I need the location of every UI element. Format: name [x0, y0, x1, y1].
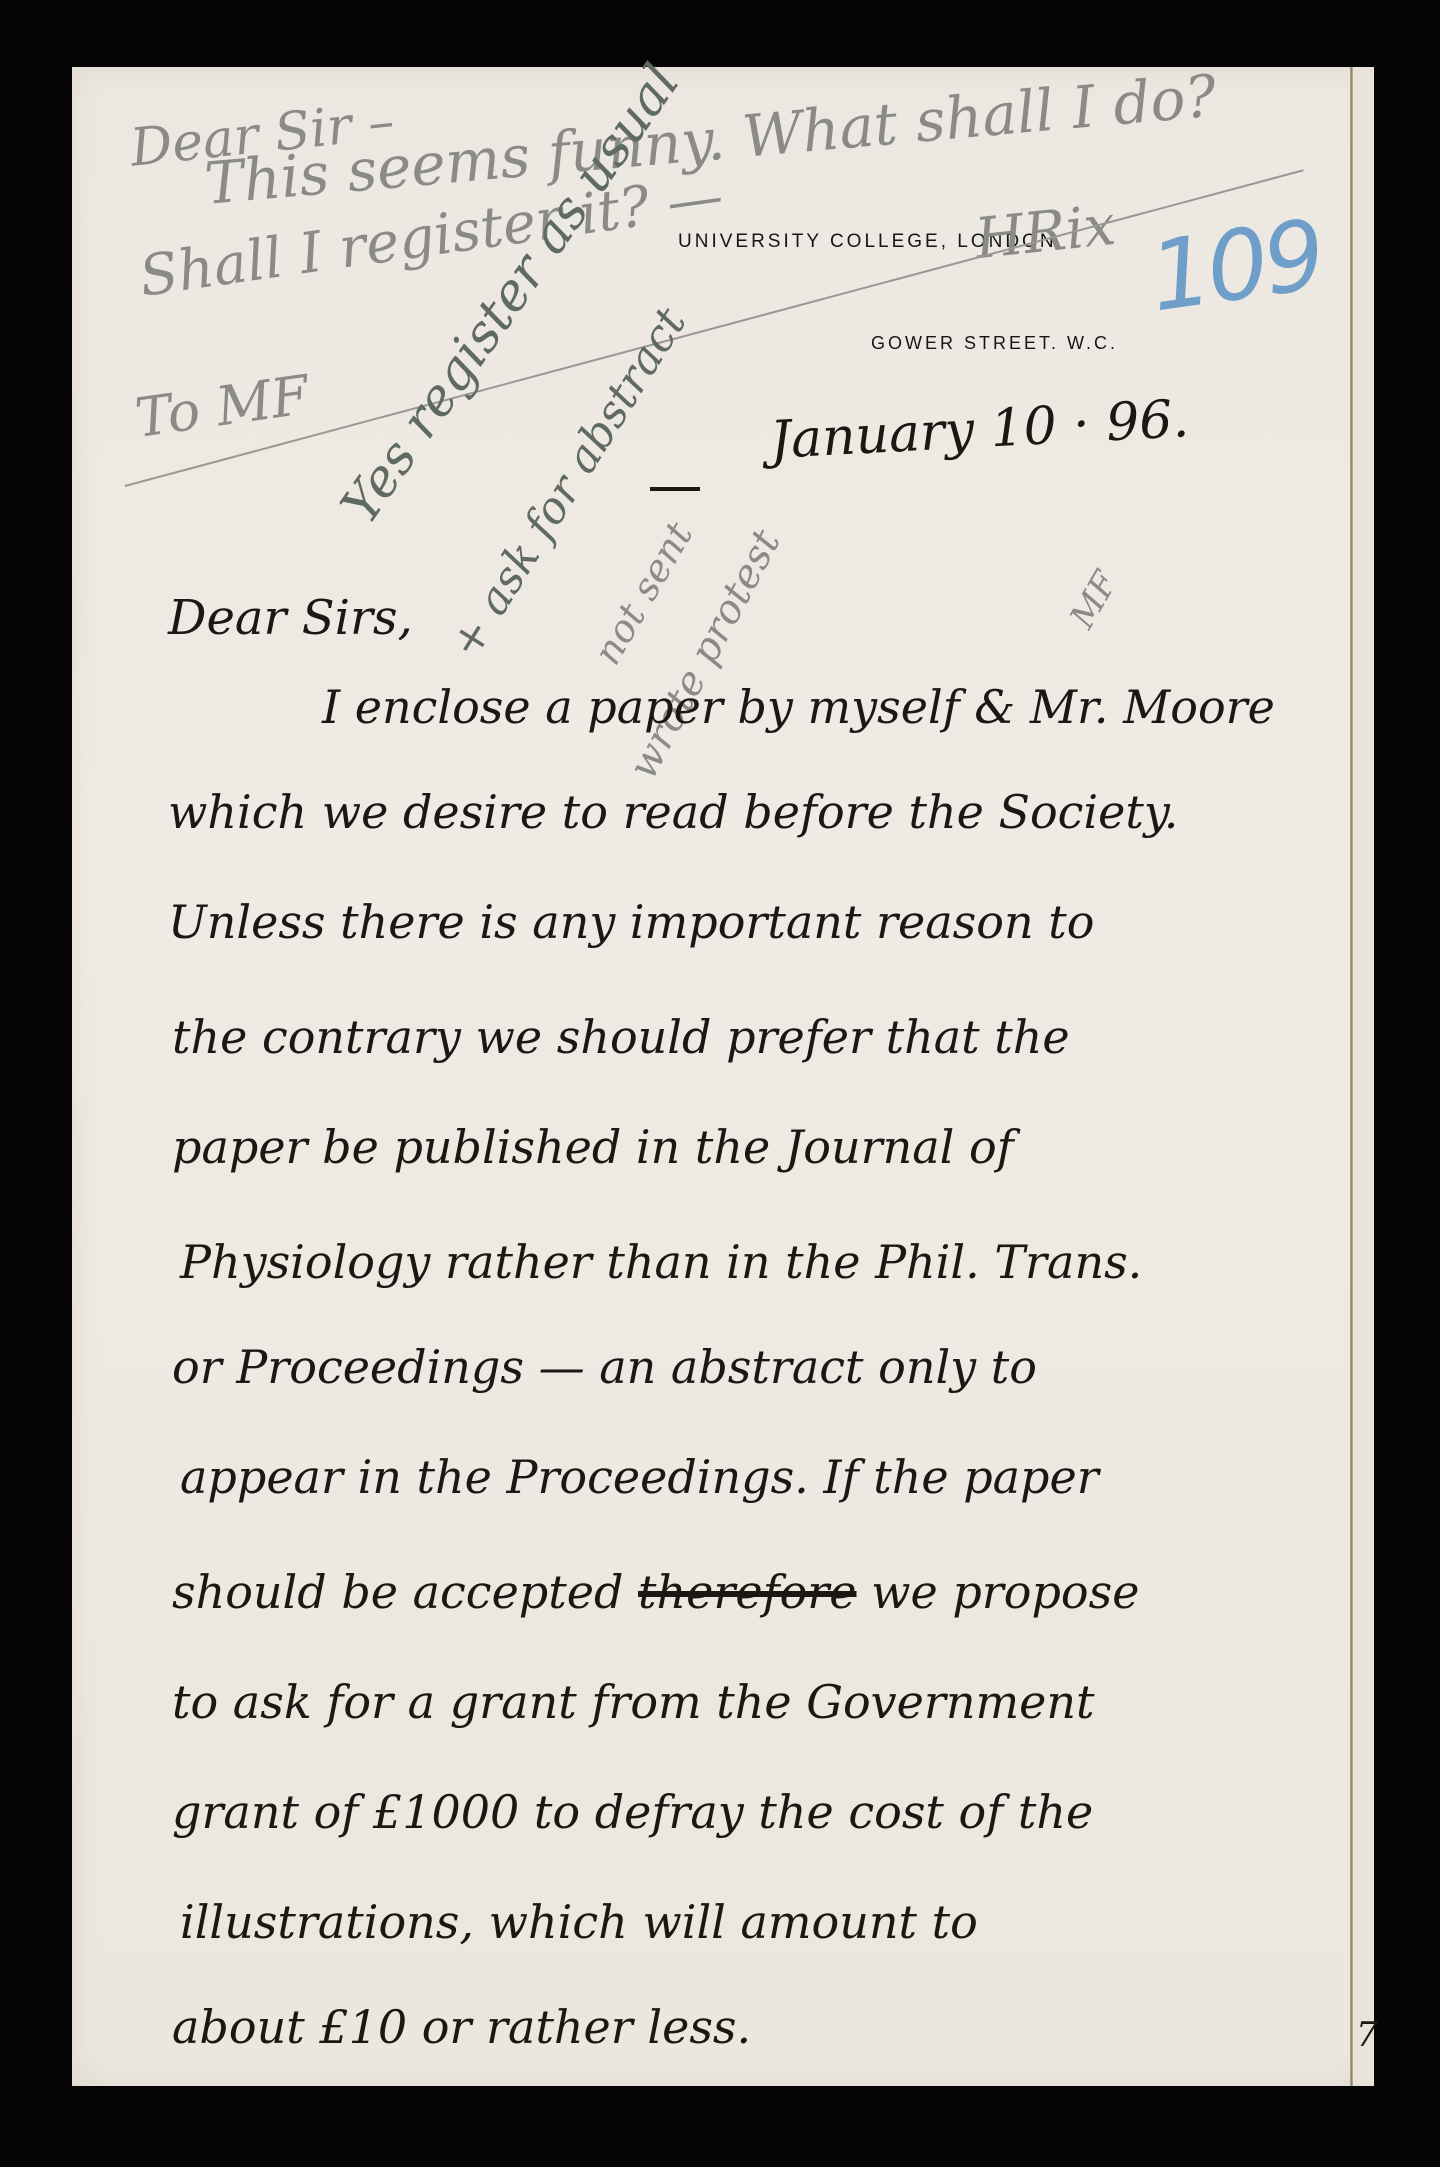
body-line-2: which we desire to read before the Socie… — [168, 785, 1178, 839]
flap-mark: 7 — [1356, 2015, 1378, 2055]
folded-flap — [1353, 67, 1374, 2086]
body-line-11: grant of £1000 to defray the cost of the — [172, 1785, 1093, 1839]
letter-salutation: Dear Sirs, — [168, 590, 413, 646]
body-line-8: appear in the Proceedings. If the paper — [180, 1450, 1099, 1504]
body-line-12: illustrations, which will amount to — [180, 1895, 978, 1949]
letterhead-address: GOWER STREET. W.C. — [871, 333, 1118, 354]
reference-number: 109 — [1143, 199, 1328, 334]
body-line-10: to ask for a grant from the Government — [172, 1675, 1094, 1729]
body-line-4: the contrary we should prefer that the — [172, 1010, 1070, 1064]
body-line-3: Unless there is any important reason to — [168, 895, 1094, 949]
date-underline — [650, 487, 700, 491]
body-line-13: about £10 or rather less. — [172, 2000, 751, 2054]
body-line-9-text: should be accepted — [172, 1565, 623, 1619]
body-line-7: or Proceedings — an abstract only to — [172, 1340, 1037, 1394]
body-line-9: should be accepted therefore we propose — [172, 1565, 1139, 1619]
body-line-5: paper be published in the Journal of — [172, 1120, 1014, 1174]
struck-word: therefore — [638, 1565, 856, 1619]
body-line-1: I enclose a paper by myself & Mr. Moore — [322, 680, 1275, 734]
body-line-6: Physiology rather than in the Phil. Tran… — [180, 1235, 1142, 1289]
body-line-9-end: we propose — [871, 1565, 1139, 1619]
